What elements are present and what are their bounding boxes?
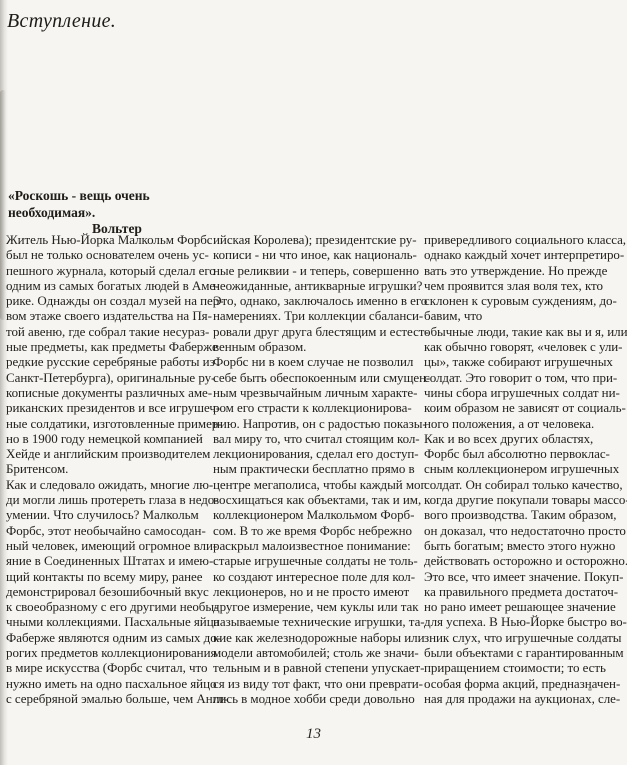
text-line: старые игрушечные солдаты не толь-: [213, 553, 419, 568]
scan-speck: [588, 688, 592, 691]
text-line: к своеобразному с его другими необы-: [6, 599, 210, 614]
text-line: действовать осторожно и осторожно.: [424, 553, 622, 568]
body-text: Житель Нью-Йорка Малкольм Форбсбыл не то…: [0, 232, 627, 712]
text-line: Форбс ни в коем случае не позволил: [213, 354, 419, 369]
text-line: ром его страсти к коллекционирова-: [213, 400, 419, 415]
text-line: ка правильного предмета достаточ-: [424, 584, 622, 599]
text-line: коллекционером Малкольмом Форб-: [213, 507, 419, 522]
text-line: обычные люди, такие как вы и я, или,: [424, 324, 622, 339]
text-line: когда другие покупали товары массо-: [424, 492, 622, 507]
text-line: был не только основателем очень ус-: [6, 247, 210, 262]
text-line: риканских президентов и все игрушеч-: [6, 400, 210, 415]
text-line: модели автомобилей; столь же значи-: [213, 645, 419, 660]
text-line: венным образом.: [213, 339, 419, 354]
text-line: как обычно говорят, «человек с ули-: [424, 339, 622, 354]
text-line: демонстрировал безошибочный вкус: [6, 584, 210, 599]
text-line: раскрыл малоизвестное понимание:: [213, 538, 419, 553]
text-line: ные реликвии - и теперь, совершенно: [213, 263, 419, 278]
text-line: ийская Королева); президентские ру-: [213, 232, 419, 247]
text-line: вого производства. Таким образом,: [424, 507, 622, 522]
text-line: тельным и в равной степени упускает-: [213, 660, 419, 675]
page-title: Вступление.: [7, 8, 116, 34]
epigraph: «Роскошь - вещь очень необходимая». Воль…: [8, 188, 226, 238]
text-line: коим образом не зависят от социаль-: [424, 400, 622, 415]
text-line: вать это утверждение. Но прежде: [424, 263, 622, 278]
text-line: рогих предметов коллекционирования: [6, 645, 210, 660]
text-line: рике. Однажды он создал музей на пер-: [6, 293, 210, 308]
scan-speck: [528, 697, 531, 699]
text-line: редкие русские серебряные работы из: [6, 354, 210, 369]
text-line: вал миру то, что считал стоящим кол-: [213, 431, 419, 446]
text-line: чем проявится злая воля тех, кто: [424, 278, 622, 293]
text-line: другое измерение, чем куклы или так: [213, 599, 419, 614]
text-line: Хейде и английским производителем: [6, 446, 210, 461]
text-line: вом этаже своего издательства на Пя-: [6, 308, 210, 323]
text-line: центре мегаполиса, чтобы каждый мог: [213, 477, 419, 492]
text-line: кописи - ни что иное, как националь-: [213, 247, 419, 262]
text-line: щий контакты по всему миру, ранее: [6, 569, 210, 584]
text-column-1: Житель Нью-Йорка Малкольм Форбсбыл не то…: [6, 232, 210, 706]
text-line: ный человек, имеющий огромное вли-: [6, 538, 210, 553]
text-line: ным практически бесплатно прямо в: [213, 461, 419, 476]
text-line: сом. В то же время Форбс небрежно: [213, 523, 419, 538]
text-column-3: привередливого социального класса,однако…: [424, 232, 622, 706]
text-line: быть богатым; вместо этого нужно: [424, 538, 622, 553]
text-line: яние в Соединенных Штатах и имею-: [6, 553, 210, 568]
text-line: приращением стоимости; то есть: [424, 660, 622, 675]
text-line: лекционеров, но и не просто имеют: [213, 584, 419, 599]
text-line: восхищаться как объектами, так и им,: [213, 492, 419, 507]
text-line: чины сбора игрушечных солдат ни-: [424, 385, 622, 400]
text-line: ная для продажи на аукционах, сле-: [424, 691, 622, 706]
text-line: склонен к суровым суждениям, до-: [424, 293, 622, 308]
text-line: ко создают интересное поле для кол-: [213, 569, 419, 584]
text-line: Бритенсом.: [6, 461, 210, 476]
epigraph-text: «Роскошь - вещь очень необходимая».: [8, 188, 226, 221]
text-line: Это, однако, заключалось именно в его: [213, 293, 419, 308]
text-line: себе быть обеспокоенным или смущен-: [213, 370, 419, 385]
text-line: лись в модное хобби среди довольно: [213, 691, 419, 706]
text-line: ным чрезвычайным личным характе-: [213, 385, 419, 400]
text-line: с серебряной эмалью больше, чем Англ-: [6, 691, 210, 706]
text-line: неожиданные, антикварные игрушки?: [213, 278, 419, 293]
text-line: ные солдатики, изготовленные пример-: [6, 416, 210, 431]
text-line: солдат. Он собирал только качество,: [424, 477, 622, 492]
text-line: кописные документы различных аме-: [6, 385, 210, 400]
text-line: Фаберже являются одним из самых до-: [6, 630, 210, 645]
text-line: Это все, что имеет значение. Покуп-: [424, 569, 622, 584]
text-line: нужно иметь на одно пасхальное яйцо: [6, 676, 210, 691]
text-line: ди могли лишь протереть глаза в недо-: [6, 492, 210, 507]
text-line: Форбс, этот необычайно самосодан-: [6, 523, 210, 538]
text-line: зник слух, что игрушечные солдаты: [424, 630, 622, 645]
text-line: но рано имеет решающее значение: [424, 599, 622, 614]
scanned-book-page: Вступление. «Роскошь - вещь очень необхо…: [0, 0, 627, 765]
text-line: той авеню, где собрал такие несураз-: [6, 324, 210, 339]
text-line: в мире искусства (Форбс считал, что: [6, 660, 210, 675]
text-line: бавим, что: [424, 308, 622, 323]
text-line: однако каждый хочет интерпретиро-: [424, 247, 622, 262]
text-line: привередливого социального класса,: [424, 232, 622, 247]
text-line: Форбс был абсолютно первоклас-: [424, 446, 622, 461]
page-number: 13: [0, 726, 627, 743]
text-line: чными коллекциями. Пасхальные яйца: [6, 614, 210, 629]
text-line: Как и во всех других областях,: [424, 431, 622, 446]
text-line: ного положения, а от человека.: [424, 416, 622, 431]
text-line: цы», также собирают игрушечных: [424, 354, 622, 369]
text-line: сным коллекционером игрушечных: [424, 461, 622, 476]
text-line: кие как железнодорожные наборы или: [213, 630, 419, 645]
text-line: но в 1900 году немецкой компанией: [6, 431, 210, 446]
text-line: солдат. Это говорит о том, что при-: [424, 370, 622, 385]
text-line: для успеха. В Нью-Йорке быстро во-: [424, 614, 622, 629]
text-line: лекционирования, сделал его доступ-: [213, 446, 419, 461]
text-line: ровали друг друга блестящим и естест-: [213, 324, 419, 339]
text-line: пешного журнала, который сделал его: [6, 263, 210, 278]
text-line: одним из самых богатых людей в Аме-: [6, 278, 210, 293]
text-line: называемые технические игрушки, та-: [213, 614, 419, 629]
text-line: Житель Нью-Йорка Малкольм Форбс: [6, 232, 210, 247]
text-line: Как и следовало ожидать, многие лю-: [6, 477, 210, 492]
text-line: он доказал, что недостаточно просто: [424, 523, 622, 538]
text-column-2: ийская Королева); президентские ру-копис…: [213, 232, 419, 706]
text-line: были объектами с гарантированным: [424, 645, 622, 660]
text-line: нию. Напротив, он с радостью показы-: [213, 416, 419, 431]
text-line: умении. Что случилось? Малкольм: [6, 507, 210, 522]
text-line: Санкт-Петербурга), оригинальные ру-: [6, 370, 210, 385]
text-line: намерениях. Три коллекции сбаланси-: [213, 308, 419, 323]
text-line: ся из виду тот факт, что они преврати-: [213, 676, 419, 691]
text-line: особая форма акций, предназначен-: [424, 676, 622, 691]
text-line: ные предметы, как предметы Фаберже: [6, 339, 210, 354]
